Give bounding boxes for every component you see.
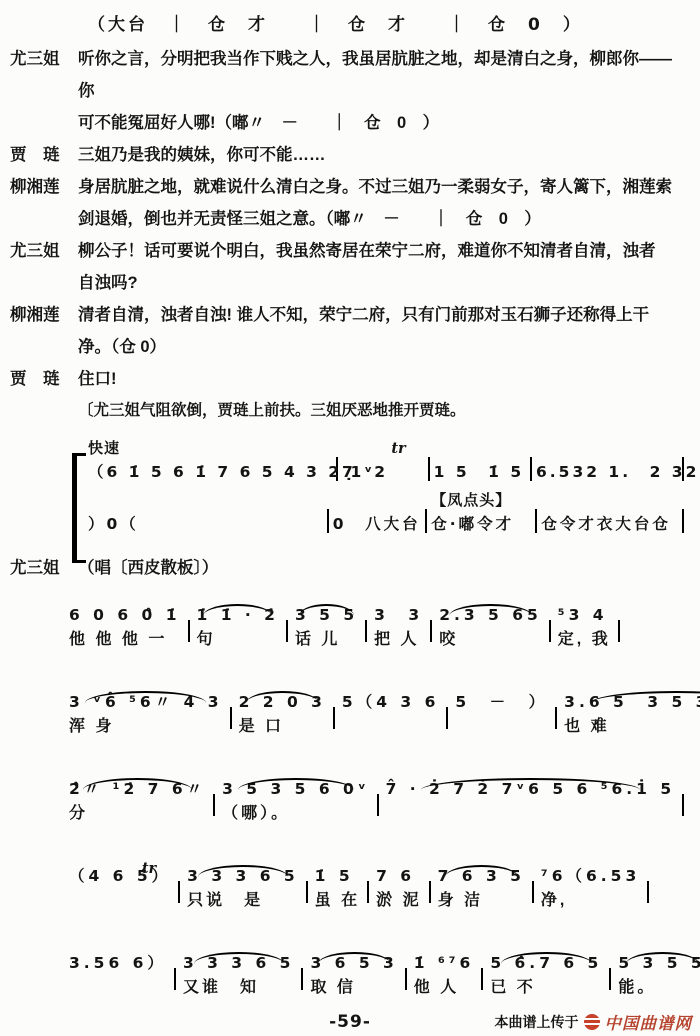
measure: tr7̣ 2	[338, 459, 428, 483]
barline	[682, 794, 684, 816]
dialogue-row: 柳湘莲身居肮脏之地，就难说什么清白之身。不过三姐乃一柔弱女子，寄人篱下，湘莲索剑…	[10, 171, 688, 235]
measure: 7 6淤 泥	[369, 864, 428, 913]
measure: 2 2 0 3是 口	[232, 690, 333, 739]
footer-credit-block: 本曲谱上传于 中国曲谱网	[495, 1010, 693, 1034]
notes-text: 6.532 1. 2 32 5̂）	[536, 463, 700, 481]
notes-text: ⁵3 4	[558, 603, 611, 627]
intro-percussion-line: （大台 ｜ 仓 才 ｜ 仓 才 ｜ 仓 0 ）	[88, 10, 700, 35]
dialogue-text-line: 身居肮脏之地，就难说什么清白之身。不过三姐乃一柔弱女子，寄人篱下，湘莲索	[78, 171, 688, 203]
lyrics-text: 也 难	[564, 715, 700, 739]
dialogue-text-line: 净。（仓 0）	[78, 331, 688, 363]
lyrics-text: 话 儿	[295, 628, 358, 652]
dialogue-text-line: 三姐乃是我的姨妹，你可不能……	[78, 139, 688, 171]
measure: 1̇ 5虽 在	[308, 864, 367, 913]
speaker-name: 柳湘莲	[10, 171, 78, 235]
instrumental-system: 快速（6 1̇ 5 6 1̇ 7 6 5 4 3 2 1ᵛtr7̣ 21 5 1…	[84, 457, 684, 535]
dialogue-row: 尤三姐柳公子！话可要说个明白，我虽然寄居在荣宁二府，难道你不知清者自清，浊者自浊…	[10, 235, 688, 299]
dialogue-text: 柳公子！话可要说个明白，我虽然寄居在荣宁二府，难道你不知清者自清，浊者自浊吗?	[78, 235, 688, 299]
notes-text: 5 － ）	[455, 690, 548, 714]
notes-text: 仓令才衣大台仓	[541, 515, 671, 533]
measure: 3 ᵛ6̂ ⁵6〃 4 3浑 身	[62, 690, 230, 739]
measure: 2̂̇〃 ¹2̇ 7 6〃分	[62, 777, 213, 826]
measure: 0 八大台	[329, 511, 426, 535]
measure: 3.6 5 3 5 3 5（6）也 难	[557, 690, 700, 739]
measure: 5 － ）	[448, 690, 555, 715]
dialogue-row: 贾 琏三姐乃是我的姨妹，你可不能……	[10, 139, 688, 171]
lyrics-text: 净,	[541, 889, 640, 913]
lyrics-text: 能。	[618, 976, 700, 1000]
dialogue-text-line: 〔尤三姐气阻欲倒，贾琏上前扶。三姐厌恶地推开贾琏。	[78, 395, 688, 427]
dialogue-text: 身居肮脏之地，就难说什么清白之身。不过三姐乃一柔弱女子，寄人篱下，湘莲索剑退婚，…	[78, 171, 688, 235]
lyrics-text: 是 口	[239, 715, 326, 739]
measure: 5 6̂.7 6 5已 不	[483, 951, 609, 1000]
lyrics-text: 又谁 知	[183, 976, 295, 1000]
measure: ⁷6（6.53净,	[534, 864, 647, 913]
measure: 1 5 1̇ 5	[430, 459, 530, 483]
lyrics-text: 只说 是	[187, 889, 299, 913]
measure: 3.56 6）	[62, 951, 174, 976]
measure: ⁵3 4定, 我	[551, 603, 618, 652]
lyrics-text: 身 洁	[438, 889, 525, 913]
measure: 1̇ 1̇ · 2̇句	[190, 603, 286, 652]
score-page: （大台 ｜ 仓 才 ｜ 仓 才 ｜ 仓 0 ） 尤三姐听你之言，分明把我当作下贱…	[0, 0, 700, 1036]
speaker-name: 尤三姐	[10, 43, 78, 139]
tempo-marking: 快速	[88, 437, 120, 458]
dialogue-text-line: 柳公子！话可要说个明白，我虽然寄居在荣宁二府，难道你不知清者自清，浊者	[78, 235, 688, 267]
notes-text: 3.56 6）	[69, 951, 167, 975]
measure: 3 3 3 6 5只说 是	[180, 864, 306, 913]
measure: tr（4 6 5̂）	[62, 864, 178, 889]
dialogue-text-line: 自浊吗?	[78, 267, 688, 299]
barline	[647, 881, 649, 903]
measure: 6 0 6 0̂ 1̇他 他 他 一	[62, 603, 188, 652]
speaker-name: 尤三姐	[10, 235, 78, 299]
measure: 6.532 1. 2 32 5̂）	[532, 459, 682, 483]
lyrics-text: 分	[69, 802, 206, 826]
stage-direction-row: 〔尤三姐气阻欲倒，贾琏上前扶。三姐厌恶地推开贾琏。	[10, 395, 688, 427]
lyrics-text: 已 不	[490, 976, 602, 1000]
measure: 1̇ ⁶⁷6他 人	[407, 951, 482, 1000]
notes-text: 仓·嘟令才	[431, 515, 514, 533]
dialogue-text-line: 剑退婚，倒也并无责怪三姐之意。（嘟〃 － ｜ 仓 0 ）	[78, 203, 688, 235]
measure: 5（4 3 6	[335, 690, 446, 715]
lyrics-text: 虽 在	[315, 889, 360, 913]
notes-text: （6 1̇ 5 6 1̇ 7 6 5 4 3 2 1ᵛ	[88, 463, 375, 481]
vocal-line: tr（4 6 5̂）3 3 3 6 5只说 是1̇ 5虽 在7 6淤 泥7 6 …	[62, 848, 696, 913]
lyrics-text: 句	[197, 628, 279, 652]
measure: 3 3把 人	[367, 603, 430, 652]
measure: 2.3 5 65咬	[432, 603, 549, 652]
measure: 快速（6 1̇ 5 6 1̇ 7 6 5 4 3 2 1ᵛ	[84, 459, 336, 483]
speaker-name	[10, 395, 78, 427]
speaker-name: 贾 琏	[10, 363, 78, 395]
notes-text: 1 5 1̇ 5	[434, 463, 524, 481]
dialogue-text: 住口!	[78, 363, 688, 395]
footer-credit-text: 本曲谱上传于	[495, 1012, 579, 1032]
notes-text: 0 八大台	[333, 515, 421, 533]
vocal-line: 6 0 6 0̂ 1̇他 他 他 一1̇ 1̇ · 2̇句3 5 5话 儿3 3…	[62, 587, 696, 652]
notes-text: 1̇ ⁶⁷6	[414, 951, 475, 975]
luogu-pattern-label: 【凤点头】	[431, 489, 511, 510]
notes-text: 7̣ 2	[342, 463, 388, 481]
notes-text: 5（4 3 6	[342, 690, 439, 714]
measure: 3 6 5 3取 信	[303, 951, 404, 1000]
aria-section: 6 0 6 0̂ 1̇他 他 他 一1̇ 1̇ · 2̇句3 5 5话 儿3 3…	[0, 587, 700, 1000]
aria-header: 尤三姐 （唱〔西皮散板〕）	[10, 553, 700, 583]
dialogue-text-line: 住口!	[78, 363, 688, 395]
trill-mark: tr	[391, 440, 405, 457]
dialogue-row: 尤三姐听你之言，分明把我当作下贱之人，我虽居肮脏之地，却是清白之身，柳郎你——你…	[10, 43, 688, 139]
site-logo-icon	[584, 1014, 600, 1030]
lyrics-text: 他 人	[414, 976, 475, 1000]
lyrics-text: 咬	[439, 628, 542, 652]
speaker-name: 贾 琏	[10, 139, 78, 171]
vocal-line: 3.56 6）3 3 3 6 5又谁 知3 6 5 3取 信1̇ ⁶⁷6他 人5…	[62, 935, 696, 1000]
measure: 3 5 5话 儿	[288, 603, 365, 652]
melody-line: 快速（6 1̇ 5 6 1̇ 7 6 5 4 3 2 1ᵛtr7̣ 21 5 1…	[84, 457, 684, 483]
dialogue-row: 贾 琏住口!	[10, 363, 688, 395]
barline	[618, 620, 620, 642]
aria-marking: （唱〔西皮散板〕）	[78, 553, 218, 583]
vocal-line: 2̂̇〃 ¹2̇ 7 6〃分3 5 3 5 6 0ᵛ（哪）。7̂ · 2̇ 7 …	[62, 761, 696, 826]
dialogue-row: 柳湘莲清者自清，浊者自浊! 谁人不知，荣宁二府，只有门前那对玉石狮子还称得上干净…	[10, 299, 688, 363]
dialogue-text: 〔尤三姐气阻欲倒，贾琏上前扶。三姐厌恶地推开贾琏。	[78, 395, 688, 427]
lyrics-text: 定, 我	[558, 628, 611, 652]
notes-text: 7 6	[376, 864, 421, 888]
percussion-line: ）0（0 八大台【凤点头】仓·嘟令才仓令才衣大台仓	[84, 509, 684, 535]
vocal-line: 3 ᵛ6̂ ⁵6〃 4 3浑 身2 2 0 3是 口5（4 3 65 － ）3.…	[62, 674, 696, 739]
dialogue-text-line: 听你之言，分明把我当作下贱之人，我虽居肮脏之地，却是清白之身，柳郎你——你	[78, 43, 688, 107]
trill-mark: tr	[142, 860, 156, 877]
measure: ）0（	[84, 511, 327, 535]
lyrics-text: 把 人	[374, 628, 423, 652]
dialogue-text: 听你之言，分明把我当作下贱之人，我虽居肮脏之地，却是清白之身，柳郎你——你可不能…	[78, 43, 688, 139]
lyrics-text: 取 信	[310, 976, 397, 1000]
measure: 5 3 5 5能。	[611, 951, 700, 1000]
site-name: 中国曲谱网	[605, 1010, 693, 1034]
dialogue-section: 尤三姐听你之言，分明把我当作下贱之人，我虽居肮脏之地，却是清白之身，柳郎你——你…	[0, 43, 700, 427]
dialogue-text-line: 可不能冤屈好人哪!（嘟〃 － ｜ 仓 0 ）	[78, 107, 688, 139]
aria-speaker: 尤三姐	[10, 553, 78, 583]
lyrics-text: 他 他 他 一	[69, 628, 181, 652]
speaker-name: 柳湘莲	[10, 299, 78, 363]
notes-text: ）0（	[88, 515, 139, 533]
notes-text: 1̇ 5	[315, 864, 360, 888]
notes-text: 6 0 6 0̂ 1̇	[69, 603, 181, 627]
notes-text: ⁷6（6.53	[541, 864, 640, 888]
lyrics-text: 浑 身	[69, 715, 223, 739]
lyrics-text: 淤 泥	[376, 889, 421, 913]
measure: 7̂ · 2̇ 7 2̇ 7ᵛ6 5 6 ⁵6.1̇ 5	[379, 777, 683, 802]
dialogue-text: 清者自清，浊者自浊! 谁人不知，荣宁二府，只有门前那对玉石狮子还称得上干净。（仓…	[78, 299, 688, 363]
lyrics-text: （哪）。	[222, 802, 369, 826]
measure: 3 3 3 6 5又谁 知	[176, 951, 302, 1000]
measure: 仓令才衣大台仓	[537, 511, 682, 535]
notes-text: 3 3	[374, 603, 423, 627]
dialogue-text-line: 清者自清，浊者自浊! 谁人不知，荣宁二府，只有门前那对玉石狮子还称得上干	[78, 299, 688, 331]
barline	[682, 509, 684, 533]
measure: 【凤点头】仓·嘟令才	[427, 511, 535, 535]
measure: 3 5 3 5 6 0ᵛ（哪）。	[215, 777, 376, 826]
measure: 7 6 3 5身 洁	[431, 864, 532, 913]
dialogue-text: 三姐乃是我的姨妹，你可不能……	[78, 139, 688, 171]
